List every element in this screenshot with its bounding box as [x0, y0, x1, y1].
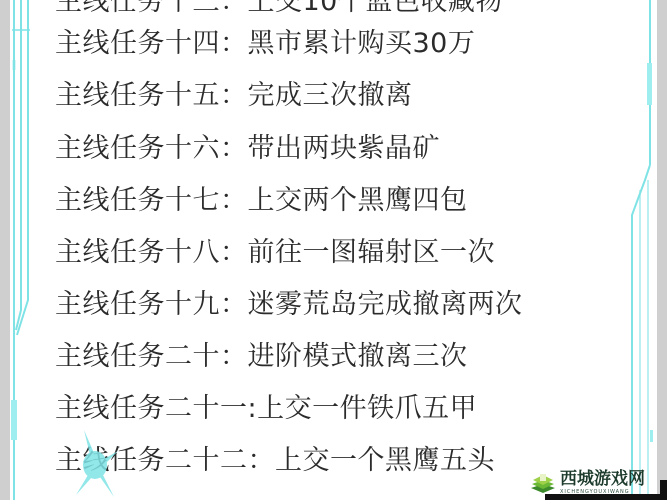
task-description: 上交10个蓝色收藏物 [248, 0, 503, 17]
task-number: 主线任务十六 [55, 133, 220, 164]
green-layered-diamond-icon [530, 472, 556, 494]
left-edge [0, 0, 10, 500]
right-edge [657, 0, 667, 500]
task-description: 完成三次撤离 [248, 80, 413, 111]
task-row: 主线任务二十：进阶模式撤离三次 [55, 341, 468, 373]
task-number: 主线任务十五 [55, 80, 220, 111]
task-description: 黑市累计购买30万 [248, 28, 476, 59]
task-row: 主线任务十五：完成三次撤离 [55, 80, 413, 112]
task-number: 主线任务二十一 [55, 393, 248, 424]
task-description: 上交一件铁爪五甲 [257, 393, 477, 424]
task-description: 前往一图辐射区一次 [248, 237, 496, 268]
task-row: 主线任务十八：前往一图辐射区一次 [55, 237, 495, 269]
main-task-list: 主线任务十三：上交10个蓝色收藏物 主线任务十四：黑市累计购买30万 主线任务十… [55, 0, 645, 500]
task-description: 上交一个黑鹰五头 [275, 445, 495, 476]
task-row: 主线任务二十一:上交一件铁爪五甲 [55, 393, 477, 425]
task-number: 主线任务十七 [55, 185, 220, 216]
task-description: 进阶模式撤离三次 [248, 341, 468, 372]
task-row: 主线任务十三：上交10个蓝色收藏物 [55, 0, 503, 18]
task-number: 主线任务十三 [55, 0, 220, 17]
task-number: 主线任务十九 [55, 289, 220, 320]
task-description: 带出两块紫晶矿 [248, 133, 441, 164]
task-row: 主线任务十九：迷雾荒岛完成撤离两次 [55, 289, 523, 321]
task-row: 主线任务十四：黑市累计购买30万 [55, 28, 475, 60]
watermark-subtitle: XICHENGYOUXIWANG [560, 490, 645, 495]
task-number: 主线任务二十二 [55, 445, 248, 476]
task-description: 迷雾荒岛完成撤离两次 [248, 289, 523, 320]
task-number: 主线任务二十 [55, 341, 220, 372]
task-row: 主线任务十六：带出两块紫晶矿 [55, 133, 440, 165]
task-row: 主线任务二十二：上交一个黑鹰五头 [55, 445, 495, 477]
task-description: 上交两个黑鹰四包 [248, 185, 468, 216]
task-number: 主线任务十八 [55, 237, 220, 268]
task-number: 主线任务十四 [55, 28, 220, 59]
task-row: 主线任务十七：上交两个黑鹰四包 [55, 185, 468, 217]
watermark-title: 西城游戏网 [560, 471, 645, 488]
site-watermark: 西城游戏网 XICHENGYOUXIWANG [530, 466, 667, 500]
